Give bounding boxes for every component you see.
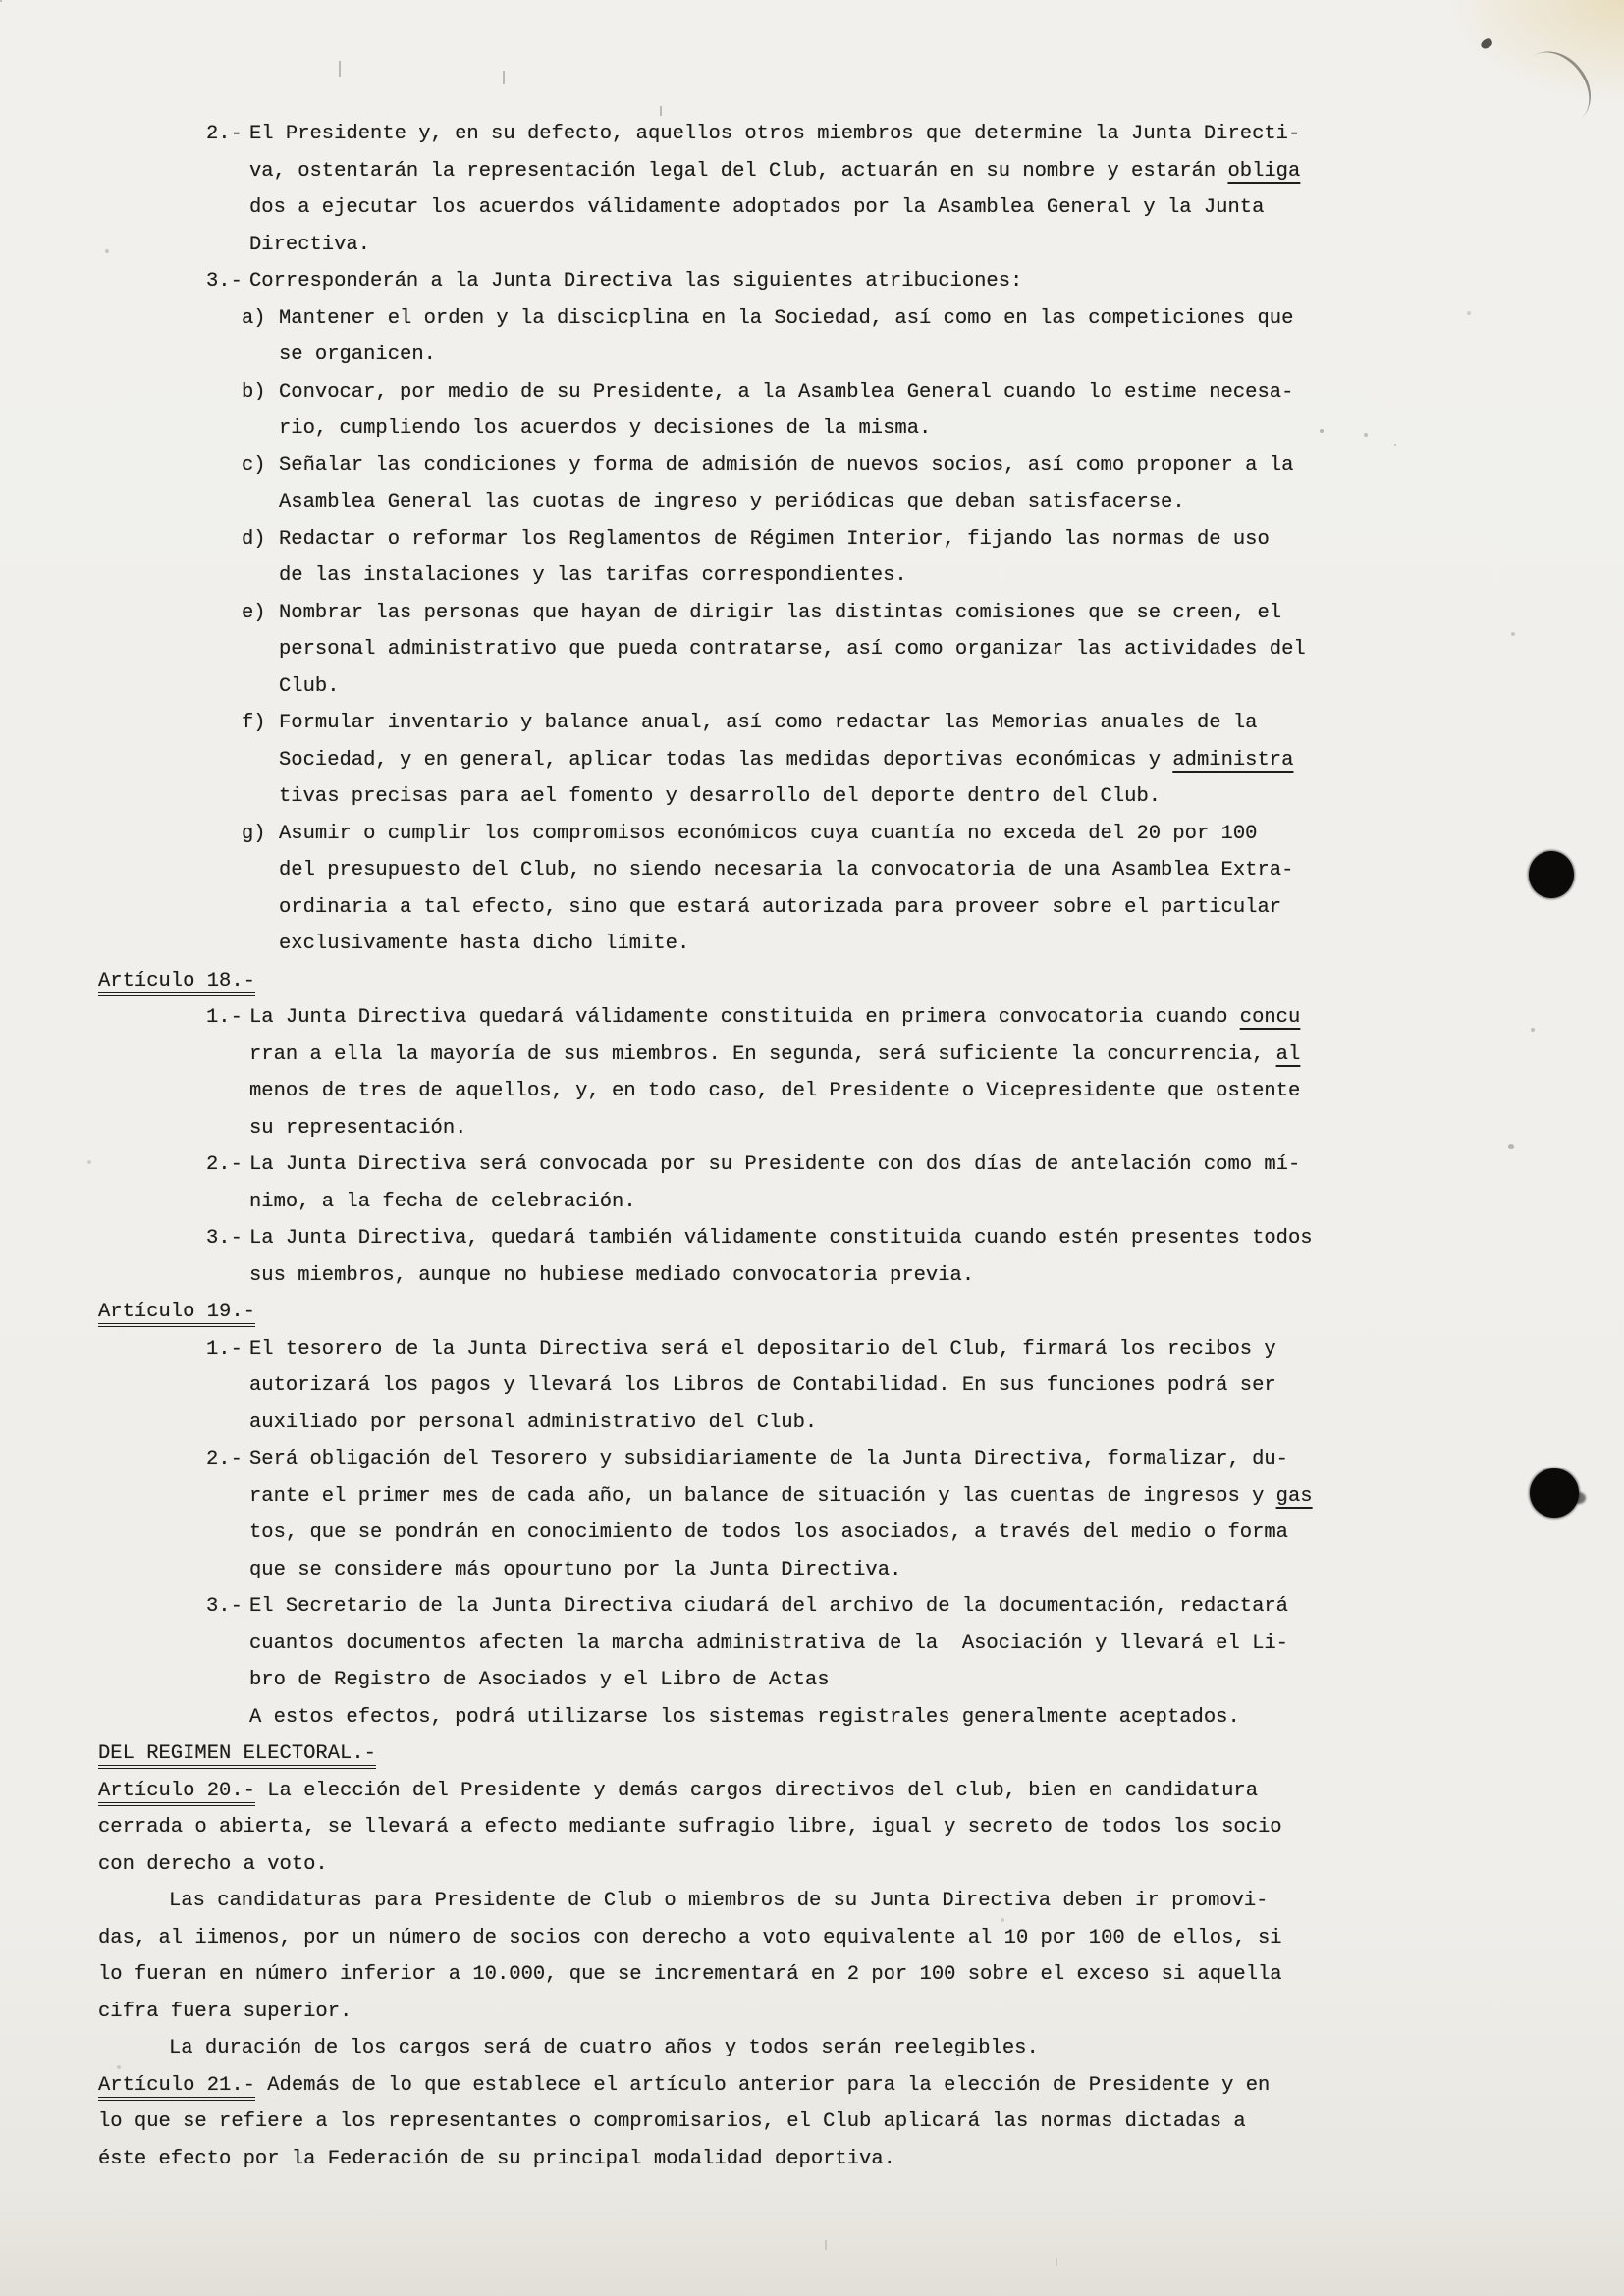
document-line: El Secretario de la Junta Directiva ciud…	[249, 1588, 1565, 1626]
document-body: 2.-El Presidente y, en su defecto, aquel…	[98, 116, 1565, 2177]
document-line: Las candidaturas para Presidente de Club…	[98, 1883, 1565, 1920]
document-line: La duración de los cargos será de cuatro…	[98, 2030, 1565, 2067]
statute-item: e)Nombrar las personas que hayan de diri…	[242, 595, 1565, 706]
statute-item: g)Asumir o cumplir los compromisos econó…	[242, 816, 1565, 963]
paragraph: La duración de los cargos será de cuatro…	[98, 2030, 1565, 2067]
item-marker: d)	[242, 521, 279, 559]
item-body: La Junta Directiva quedará válidamente c…	[249, 999, 1565, 1147]
item-marker: 3.-	[206, 1220, 249, 1257]
paragraph: Artículo 20.- La elección del Presidente…	[98, 1773, 1565, 1884]
statute-item: c)Señalar las condiciones y forma de adm…	[242, 448, 1565, 521]
punch-hole-bottom	[1530, 1468, 1579, 1518]
statute-item: d)Redactar o reformar los Reglamentos de…	[242, 521, 1565, 595]
document-line: Formular inventario y balance anual, así…	[279, 705, 1565, 742]
item-body: El Secretario de la Junta Directiva ciud…	[249, 1588, 1565, 1699]
document-line: nimo, a la fecha de celebración.	[249, 1184, 1565, 1221]
item-marker: 3.-	[206, 1588, 249, 1626]
document-line: Club.	[279, 668, 1565, 706]
document-line: Artículo 21.- Además de lo que establece…	[98, 2067, 1565, 2105]
scan-tick-mark	[339, 61, 341, 77]
document-line: Mantener el orden y la discicplina en la…	[279, 300, 1565, 338]
heading-text: Artículo 18.-	[98, 970, 255, 996]
article-heading-inline: Artículo 20.-	[98, 1780, 255, 1806]
item-body: Convocar, por medio de su Presidente, a …	[279, 374, 1565, 448]
statute-item: b)Convocar, por medio de su Presidente, …	[242, 374, 1565, 448]
document-line: rio, cumpliendo los acuerdos y decisione…	[279, 410, 1565, 448]
document-line: de las instalaciones y las tarifas corre…	[279, 558, 1565, 595]
statute-item: 3.-La Junta Directiva, quedará también v…	[206, 1220, 1565, 1294]
document-line: ordinaria a tal efecto, sino que estará …	[279, 889, 1565, 927]
scan-tick-mark	[1056, 2258, 1057, 2266]
item-marker: f)	[242, 705, 279, 742]
item-body: Asumir o cumplir los compromisos económi…	[279, 816, 1565, 963]
statute-item: 3.-El Secretario de la Junta Directiva c…	[206, 1588, 1565, 1699]
item-marker: b)	[242, 374, 279, 411]
item-marker: g)	[242, 816, 279, 853]
page-text-area: 2.-El Presidente y, en su defecto, aquel…	[0, 0, 1624, 2296]
document-line: cuantos documentos afecten la marcha adm…	[249, 1626, 1565, 1663]
scan-tick-mark	[660, 106, 662, 116]
item-body: Nombrar las personas que hayan de dirigi…	[279, 595, 1565, 706]
article-heading: Artículo 18.-	[98, 963, 1565, 1000]
document-line: éste efecto por la Federación de su prin…	[98, 2141, 1565, 2178]
item-body: Será obligación del Tesorero y subsidiar…	[249, 1441, 1565, 1588]
item-body: Formular inventario y balance anual, así…	[279, 705, 1565, 816]
document-line: va, ostentarán la representación legal d…	[249, 153, 1565, 190]
statute-item: 2.-El Presidente y, en su defecto, aquel…	[206, 116, 1565, 263]
scan-noise-speckles	[0, 0, 2, 2]
document-line: rante el primer mes de cada año, un bala…	[249, 1478, 1565, 1516]
item-body: Señalar las condiciones y forma de admis…	[279, 448, 1565, 521]
document-line: sus miembros, aunque no hubiese mediado …	[249, 1257, 1565, 1295]
document-line: Asumir o cumplir los compromisos económi…	[279, 816, 1565, 853]
document-line: Corresponderán a la Junta Directiva las …	[249, 263, 1565, 300]
item-body: La Junta Directiva, quedará también váli…	[249, 1220, 1565, 1294]
heading-text: Artículo 19.-	[98, 1301, 255, 1327]
article-heading: Artículo 19.-	[98, 1294, 1565, 1331]
scan-tick-mark	[503, 71, 505, 84]
document-line: del presupuesto del Club, no siendo nece…	[279, 852, 1565, 889]
document-line: personal administrativo que pueda contra…	[279, 631, 1565, 668]
document-line: tivas precisas para ael fomento y desarr…	[279, 778, 1565, 816]
paragraph: Artículo 21.- Además de lo que establece…	[98, 2067, 1565, 2178]
document-line: rran a ella la mayoría de sus miembros. …	[249, 1037, 1565, 1074]
statute-item: 2.-Será obligación del Tesorero y subsid…	[206, 1441, 1565, 1588]
heading-text: DEL REGIMEN ELECTORAL.-	[98, 1742, 376, 1769]
article-heading-inline: Artículo 21.-	[98, 2074, 255, 2101]
document-line: La Junta Directiva, quedará también váli…	[249, 1220, 1565, 1257]
statute-item: 1.-El tesorero de la Junta Directiva ser…	[206, 1331, 1565, 1442]
document-line: dos a ejecutar los acuerdos válidamente …	[249, 189, 1565, 227]
document-line: cerrada o abierta, se llevará a efecto m…	[98, 1809, 1565, 1846]
document-line: autorizará los pagos y llevará los Libro…	[249, 1367, 1565, 1405]
item-marker: 2.-	[206, 1147, 249, 1184]
statute-item: 2.-La Junta Directiva será convocada por…	[206, 1147, 1565, 1220]
item-marker: 1.-	[206, 999, 249, 1037]
word-break-underline: obliga	[1227, 160, 1300, 183]
punch-hole-top	[1529, 851, 1574, 898]
document-line: se organicen.	[279, 337, 1565, 374]
document-line: Sociedad, y en general, aplicar todas la…	[279, 742, 1565, 779]
item-body: Mantener el orden y la discicplina en la…	[279, 300, 1565, 374]
item-marker: 3.-	[206, 263, 249, 300]
word-break-underline: al	[1276, 1043, 1301, 1066]
document-line: menos de tres de aquellos, y, en todo ca…	[249, 1073, 1565, 1110]
document-line: das, al iimenos, por un número de socios…	[98, 1920, 1565, 1957]
word-break-underline: administra	[1172, 749, 1293, 772]
statute-item: 3.-Corresponderán a la Junta Directiva l…	[206, 263, 1565, 300]
document-line: que se considere más opourtuno por la Ju…	[249, 1552, 1565, 1589]
document-line: Será obligación del Tesorero y subsidiar…	[249, 1441, 1565, 1478]
document-line: Señalar las condiciones y forma de admis…	[279, 448, 1565, 485]
item-body: El tesorero de la Junta Directiva será e…	[249, 1331, 1565, 1442]
item-body: El Presidente y, en su defecto, aquellos…	[249, 116, 1565, 263]
document-line: con derecho a voto.	[98, 1846, 1565, 1884]
word-break-underline: concu	[1240, 1006, 1301, 1029]
item-marker: c)	[242, 448, 279, 485]
item-body: A estos efectos, podrá utilizarse los si…	[249, 1699, 1565, 1736]
document-line: La Junta Directiva será convocada por su…	[249, 1147, 1565, 1184]
document-line: auxiliado por personal administrativo de…	[249, 1405, 1565, 1442]
item-marker: 2.-	[206, 116, 249, 153]
scanned-document-page: { "page": { "kind": "scanned typewritten…	[0, 0, 1624, 2296]
document-line: A estos efectos, podrá utilizarse los si…	[249, 1699, 1565, 1736]
document-line: exclusivamente hasta dicho límite.	[279, 926, 1565, 963]
document-line: Artículo 20.- La elección del Presidente…	[98, 1773, 1565, 1810]
statute-item: A estos efectos, podrá utilizarse los si…	[206, 1699, 1565, 1736]
document-line: El tesorero de la Junta Directiva será e…	[249, 1331, 1565, 1368]
document-line: Directiva.	[249, 227, 1565, 264]
document-line: tos, que se pondrán en conocimiento de t…	[249, 1515, 1565, 1552]
document-line: Nombrar las personas que hayan de dirigi…	[279, 595, 1565, 632]
item-marker: e)	[242, 595, 279, 632]
section-heading: DEL REGIMEN ELECTORAL.-	[98, 1735, 1565, 1773]
item-body: Redactar o reformar los Reglamentos de R…	[279, 521, 1565, 595]
document-line: lo que se refiere a los representantes o…	[98, 2104, 1565, 2141]
document-line: Convocar, por medio de su Presidente, a …	[279, 374, 1565, 411]
item-marker: 1.-	[206, 1331, 249, 1368]
document-line: Redactar o reformar los Reglamentos de R…	[279, 521, 1565, 559]
paragraph: Las candidaturas para Presidente de Club…	[98, 1883, 1565, 2030]
document-line: El Presidente y, en su defecto, aquellos…	[249, 116, 1565, 153]
document-line: Asamblea General las cuotas de ingreso y…	[279, 484, 1565, 521]
item-body: La Junta Directiva será convocada por su…	[249, 1147, 1565, 1220]
statute-item: a)Mantener el orden y la discicplina en …	[242, 300, 1565, 374]
document-line: cifra fuera superior.	[98, 1994, 1565, 2031]
document-line: su representación.	[249, 1110, 1565, 1148]
item-marker: a)	[242, 300, 279, 338]
document-line: lo fueran en número inferior a 10.000, q…	[98, 1956, 1565, 1994]
word-break-underline: gas	[1276, 1485, 1313, 1508]
scan-tick-mark	[825, 2240, 827, 2250]
statute-item: f)Formular inventario y balance anual, a…	[242, 705, 1565, 816]
document-line: bro de Registro de Asociados y el Libro …	[249, 1662, 1565, 1699]
document-line: La Junta Directiva quedará válidamente c…	[249, 999, 1565, 1037]
statute-item: 1.-La Junta Directiva quedará válidament…	[206, 999, 1565, 1147]
item-marker: 2.-	[206, 1441, 249, 1478]
item-body: Corresponderán a la Junta Directiva las …	[249, 263, 1565, 300]
